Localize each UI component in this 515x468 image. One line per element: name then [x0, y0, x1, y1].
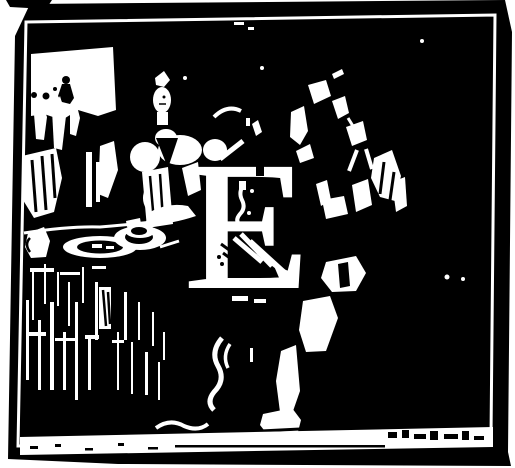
- woodcut-canvas: E: [0, 0, 515, 468]
- window-mark: [43, 93, 50, 100]
- initial-letter: E: [184, 126, 310, 328]
- window-mark: [31, 92, 37, 98]
- woman-ruff: [130, 142, 160, 172]
- window-mark: [53, 87, 57, 91]
- woman-face: [153, 87, 171, 113]
- woodcut-initial-illustration: E: [0, 0, 515, 468]
